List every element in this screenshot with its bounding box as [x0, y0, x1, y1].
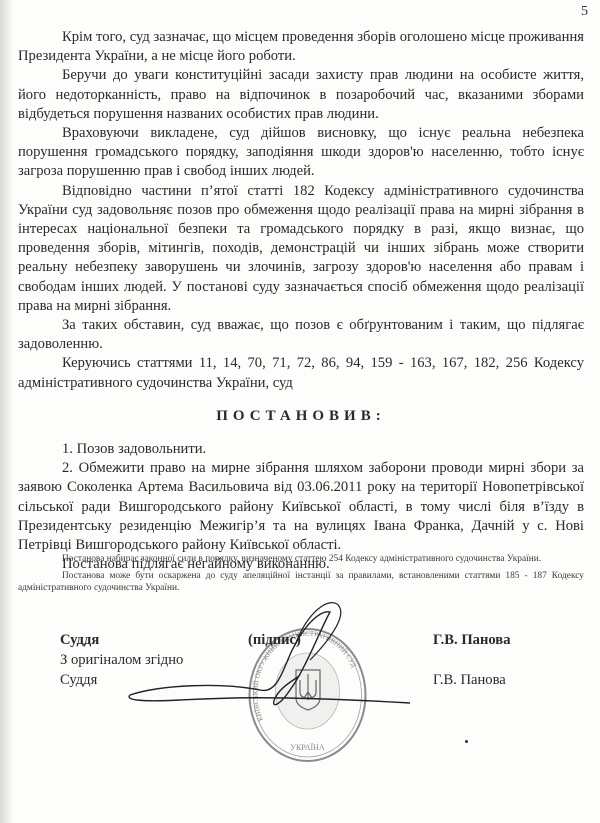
paragraph: Крім того, суд зазначає, що місцем прове…: [18, 28, 584, 66]
resolution-heading: ПОСТАНОВИВ:: [18, 407, 584, 426]
stamp-bottom-text: УКРАЇНА: [290, 743, 325, 752]
paragraph: Беручи до уваги конституційні засади зах…: [18, 66, 584, 124]
judge-label: Суддя: [60, 632, 99, 649]
copy-judge-name: Г.В. Панова: [433, 672, 506, 689]
paragraph: Враховуючи викладене, суд дійшов висновк…: [18, 124, 584, 182]
scan-page-edge: [0, 0, 14, 823]
copy-judge-label: Суддя: [60, 672, 97, 689]
paragraph: Відповідно частини п’ятої статті 182 Код…: [18, 182, 584, 316]
copy-certification-label: З оригіналом згідно: [60, 652, 183, 669]
resolution-item: 1. Позов задовольнити.: [18, 440, 584, 459]
document-body: Крім того, суд зазначає, що місцем прове…: [18, 28, 584, 574]
scan-speck: [465, 740, 468, 743]
page-number: 5: [581, 4, 588, 20]
paragraph: Керуючись статтями 11, 14, 70, 71, 72, 8…: [18, 354, 584, 392]
footnote: Постанова набирає законної сили в порядк…: [18, 553, 584, 566]
footnote: Постанова може бути оскаржена до суду ап…: [18, 570, 584, 595]
judge-name: Г.В. Панова: [433, 632, 511, 649]
resolution-item: 2. Обмежити право на мирне зібрання шлях…: [18, 459, 584, 555]
signature-placeholder: (підпис): [248, 632, 301, 649]
paragraph: За таких обставин, суд вважає, що позов …: [18, 316, 584, 354]
footnotes: Постанова набирає законної сили в порядк…: [18, 553, 584, 599]
